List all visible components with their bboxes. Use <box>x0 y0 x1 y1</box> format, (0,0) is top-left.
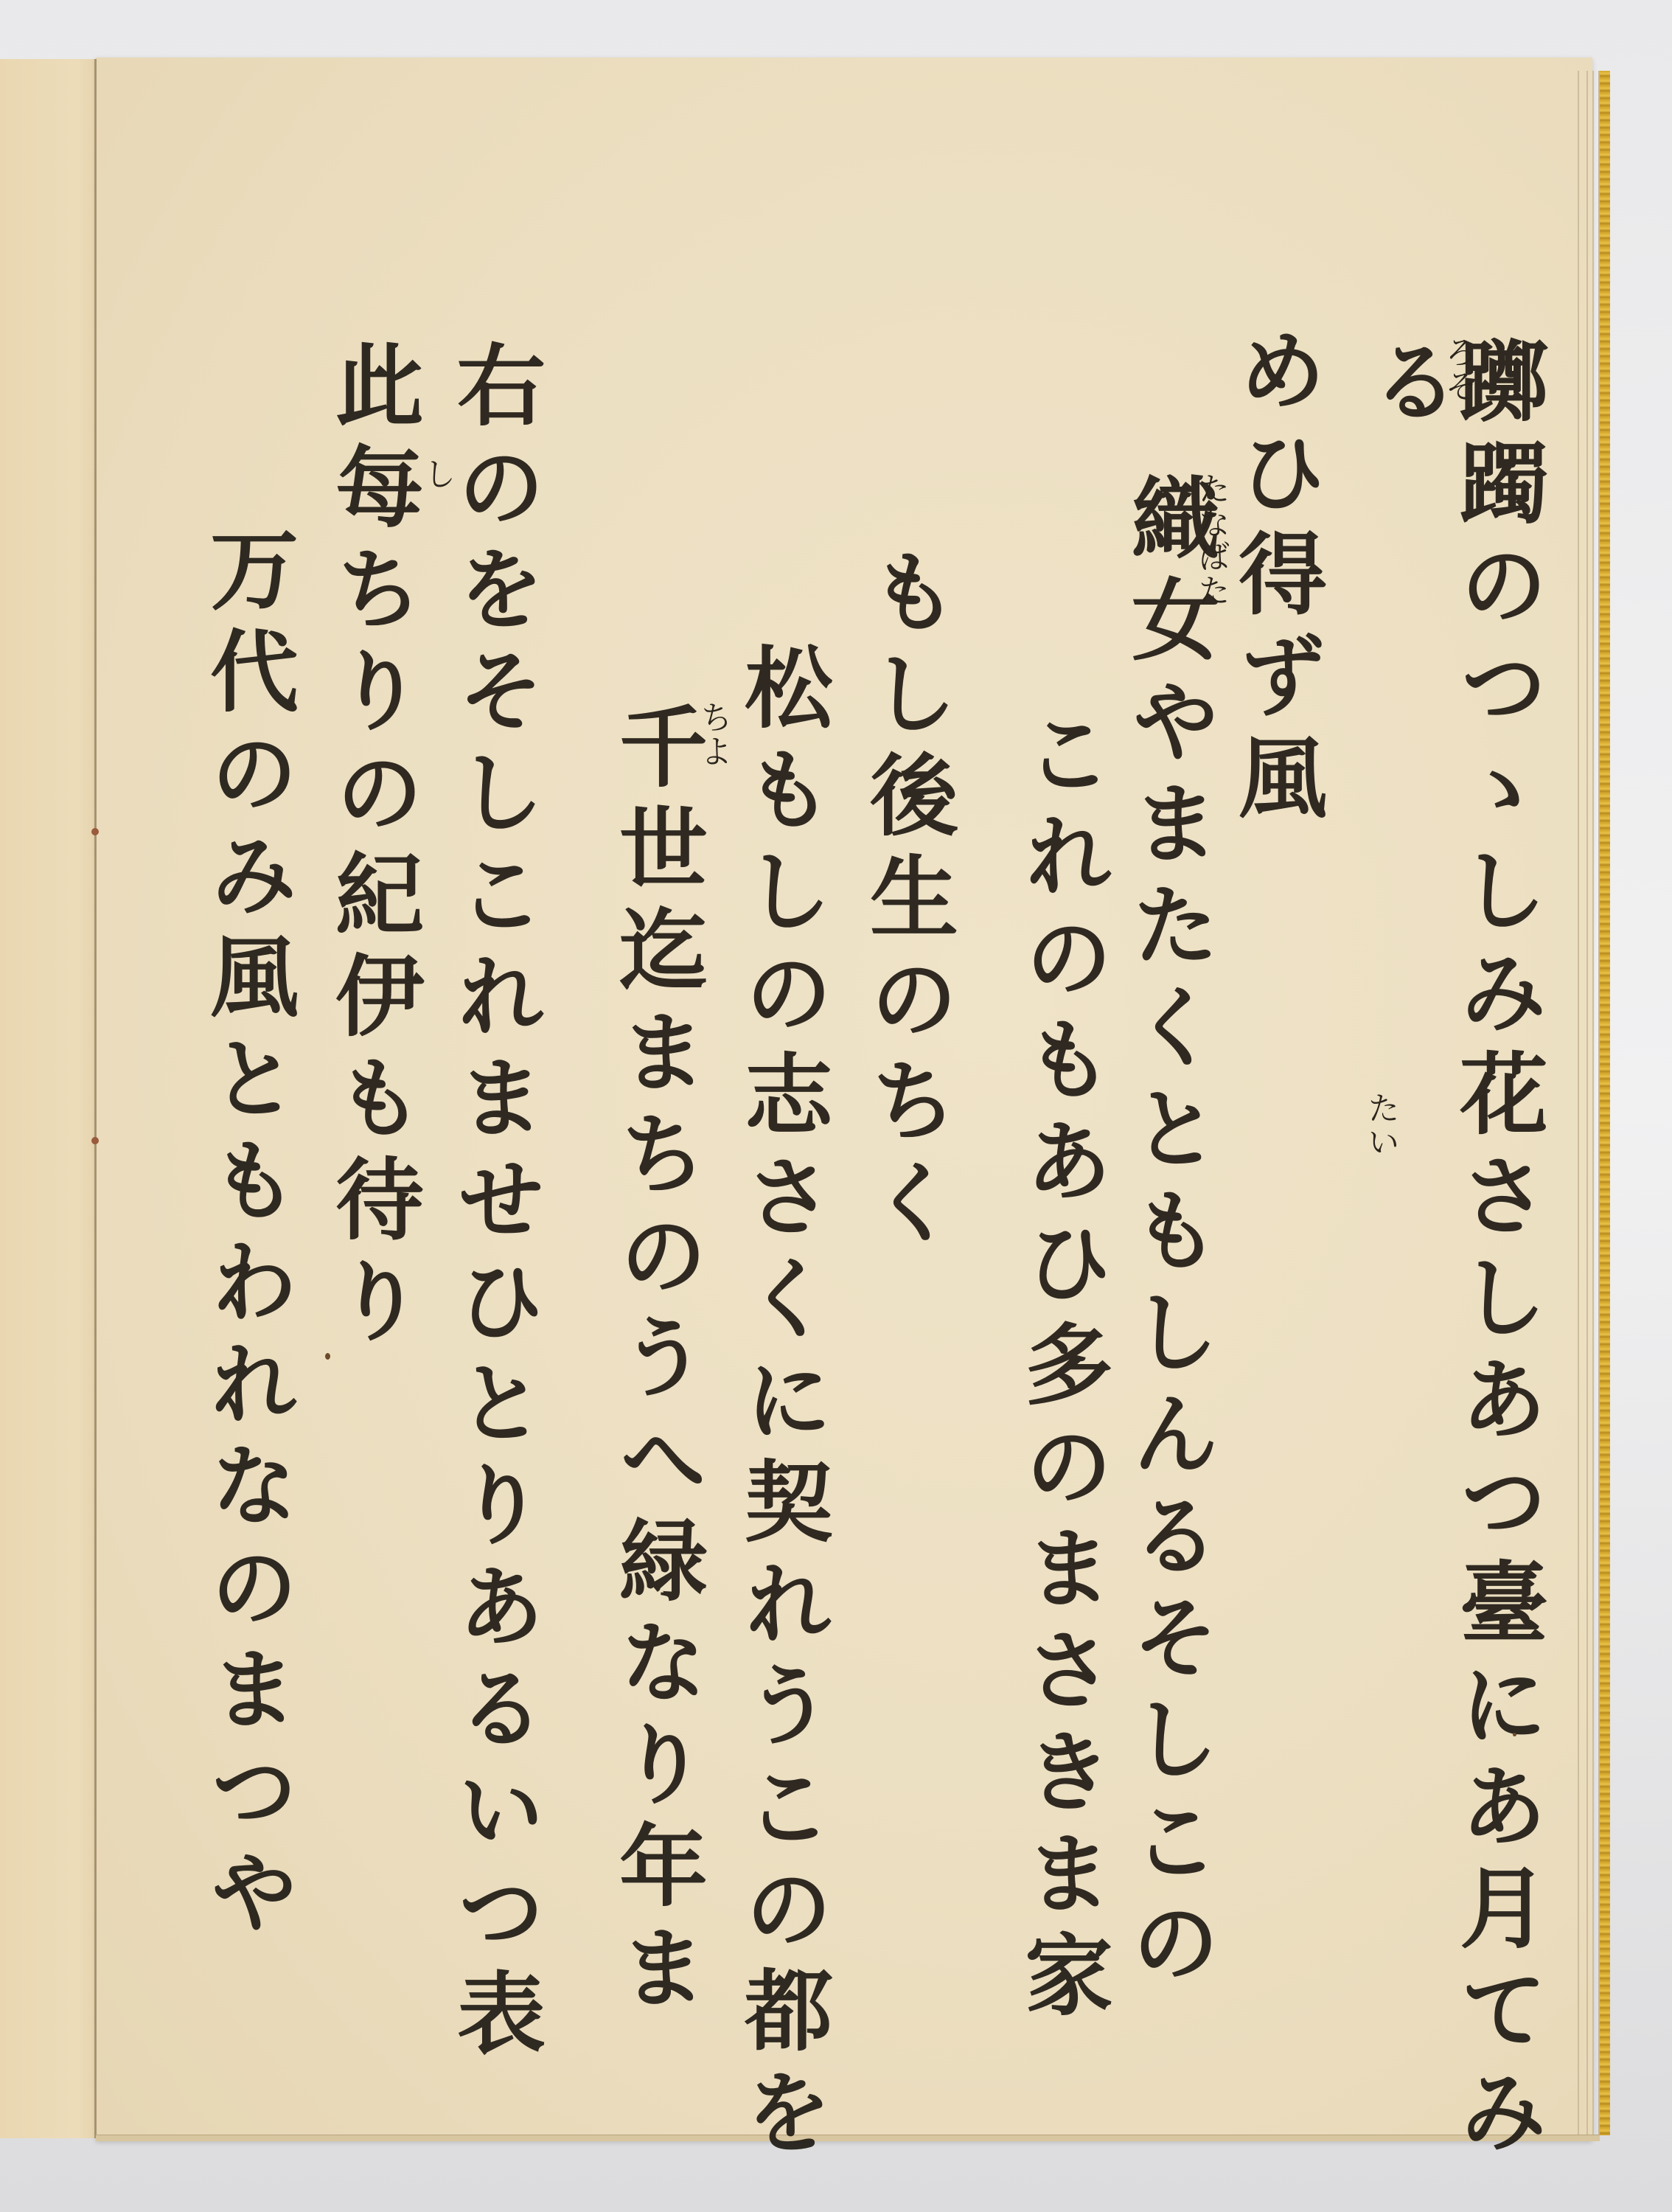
furigana: そ <box>1439 369 1477 403</box>
furigana-tai: たい <box>1356 1091 1404 1159</box>
furigana: たな <box>1192 472 1230 540</box>
text-column-1: 躑躅のつゝしみ花さしあつ臺にあ月てみる <box>1364 335 1541 2212</box>
furigana: ばた <box>1192 540 1230 608</box>
furigana-column-9: し <box>413 457 460 491</box>
ink-spot <box>1513 1733 1516 1736</box>
furigana-column-3: たなばた <box>1187 472 1234 608</box>
text-column-2: めひ得ず風 <box>1231 324 1320 833</box>
furigana-column-7: ちよ <box>689 700 736 768</box>
furigana: ろ <box>1439 335 1477 369</box>
text-column-7: 千世迄まちのうへ緑なり年ま <box>612 700 700 2023</box>
text-column-5: もし後生のちく <box>863 546 951 1258</box>
furigana-column-1: ろそ <box>1434 335 1481 403</box>
calligraphy-text-block: 躑躅のつゝしみ花さしあつ臺にあ月てみる ろそ たい めひ得ず風 織女やまたくとも… <box>0 0 1672 2212</box>
furigana: ち <box>694 700 732 734</box>
text-column-8: 右のをそしこれませひとりあるいつ表 <box>450 339 538 2069</box>
text-column-4: これのもあひ多のまさきま家 <box>1017 708 1106 2031</box>
text-column-9: 此每ちりの紀伊も待り <box>328 339 417 1357</box>
furigana: よ <box>694 734 732 768</box>
text-column-6: 松もしの志さくに契れうこの都を <box>737 641 826 2168</box>
ink-spot <box>325 1353 330 1360</box>
text-column-3: 織女やまたくともしんるそしこの <box>1124 472 1213 1998</box>
text-column-10: 万代のみ風ともわれなのまつや <box>203 524 291 1948</box>
